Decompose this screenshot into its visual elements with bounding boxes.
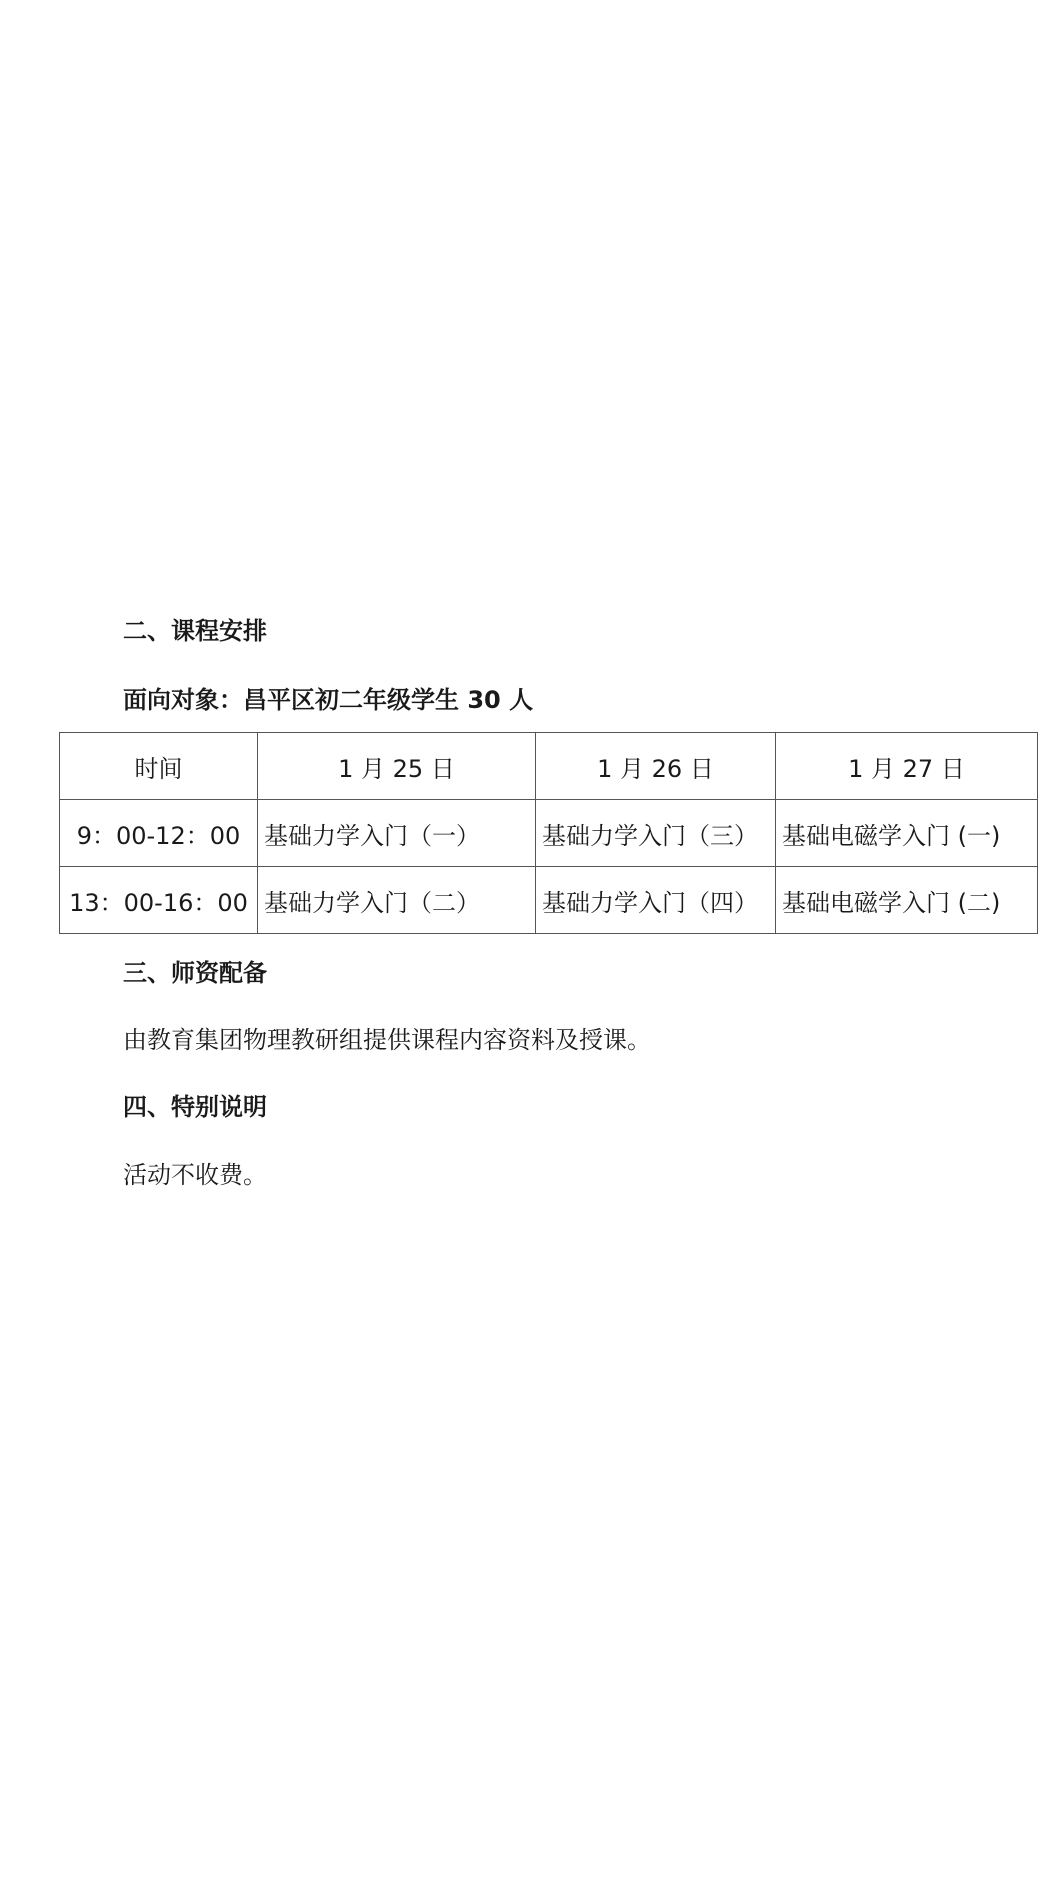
time-cell: 13：00-16：00 — [60, 867, 258, 934]
section-heading-teachers: 三、师资配备 — [123, 958, 267, 988]
header-cell-time: 时间 — [60, 733, 258, 800]
section-heading-special-notes: 四、特别说明 — [123, 1092, 267, 1122]
table-row: 9：00-12：00 基础力学入门（一） 基础力学入门（三） 基础电磁学入门 (… — [60, 800, 1038, 867]
header-cell-date: 1 月 27 日 — [776, 733, 1038, 800]
special-notes-description: 活动不收费。 — [123, 1160, 267, 1190]
course-cell: 基础力学入门（三） — [536, 800, 776, 867]
section-heading-course-schedule: 二、课程安排 — [123, 616, 267, 646]
time-cell: 9：00-12：00 — [60, 800, 258, 867]
course-cell: 基础力学入门（四） — [536, 867, 776, 934]
header-cell-date: 1 月 26 日 — [536, 733, 776, 800]
course-cell: 基础电磁学入门 (一) — [776, 800, 1038, 867]
audience-line: 面向对象：昌平区初二年级学生 30 人 — [123, 685, 533, 715]
course-cell: 基础力学入门（一） — [258, 800, 536, 867]
table-header-row: 时间 1 月 25 日 1 月 26 日 1 月 27 日 — [60, 733, 1038, 800]
table-row: 13：00-16：00 基础力学入门（二） 基础力学入门（四） 基础电磁学入门 … — [60, 867, 1038, 934]
header-cell-date: 1 月 25 日 — [258, 733, 536, 800]
course-cell: 基础电磁学入门 (二) — [776, 867, 1038, 934]
schedule-table: 时间 1 月 25 日 1 月 26 日 1 月 27 日 9：00-12：00… — [59, 732, 1038, 934]
teachers-description: 由教育集团物理教研组提供课程内容资料及授课。 — [123, 1025, 651, 1055]
course-cell: 基础力学入门（二） — [258, 867, 536, 934]
